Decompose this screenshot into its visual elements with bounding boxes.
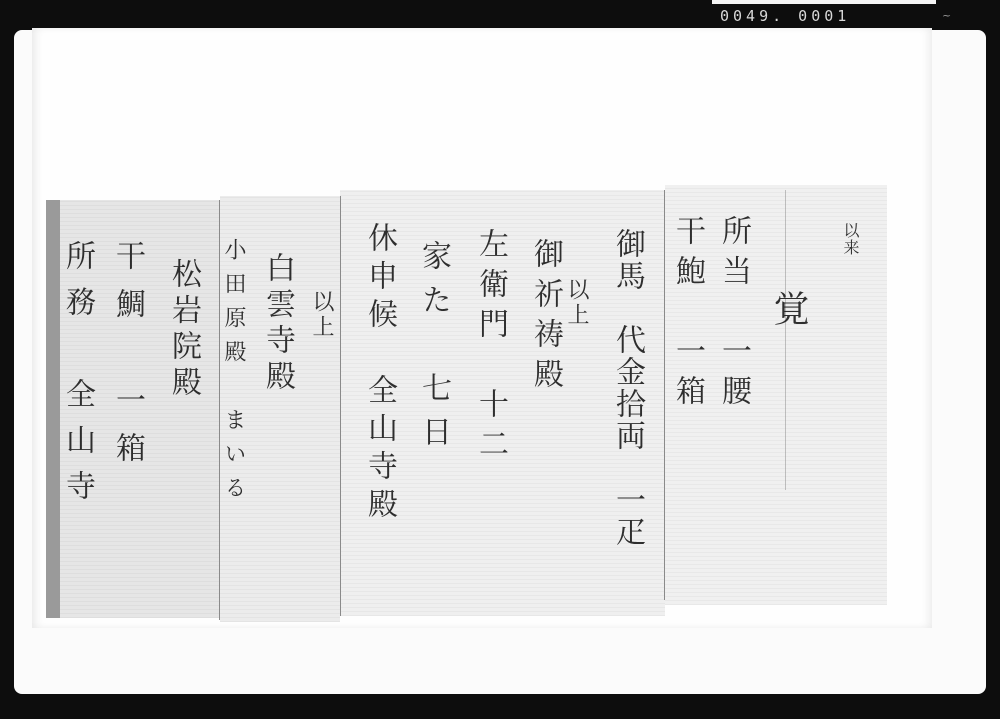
- doc-column: 松岩院殿: [168, 258, 198, 402]
- doc-column: 干鯛 一箱: [112, 240, 142, 480]
- fold-line: [340, 196, 341, 616]
- doc-column: 以上: [565, 278, 587, 328]
- doc-column: 所当 一腰: [718, 215, 748, 415]
- doc-column: 左衛門 十二: [475, 228, 505, 468]
- doc-column: 以来: [842, 222, 858, 256]
- frame-counter: 0049. 0001: [720, 6, 850, 26]
- doc-column: 御祈祷殿: [530, 238, 560, 398]
- doc-column: 御馬 代金拾両 一疋: [612, 228, 642, 548]
- fold-line: [219, 200, 220, 620]
- doc-column: 休申候 全山寺殿: [364, 222, 394, 526]
- doc-column: 干鮑 一箱: [672, 215, 702, 415]
- doc-column: 小田原殿 まいる: [222, 238, 244, 510]
- doc-column: 以上: [310, 290, 332, 340]
- fold-line: [664, 190, 665, 600]
- doc-column: 家た 七日: [418, 240, 448, 460]
- doc-column: 白雲寺殿: [262, 252, 292, 396]
- film-strip-top: [712, 0, 936, 4]
- film-mark-icon: ~: [942, 12, 968, 20]
- fold-line: [785, 190, 786, 490]
- doc-column: 覚: [770, 290, 806, 330]
- paper-left-shadow-edge: [46, 200, 60, 618]
- doc-column: 所務 全山寺: [62, 240, 92, 516]
